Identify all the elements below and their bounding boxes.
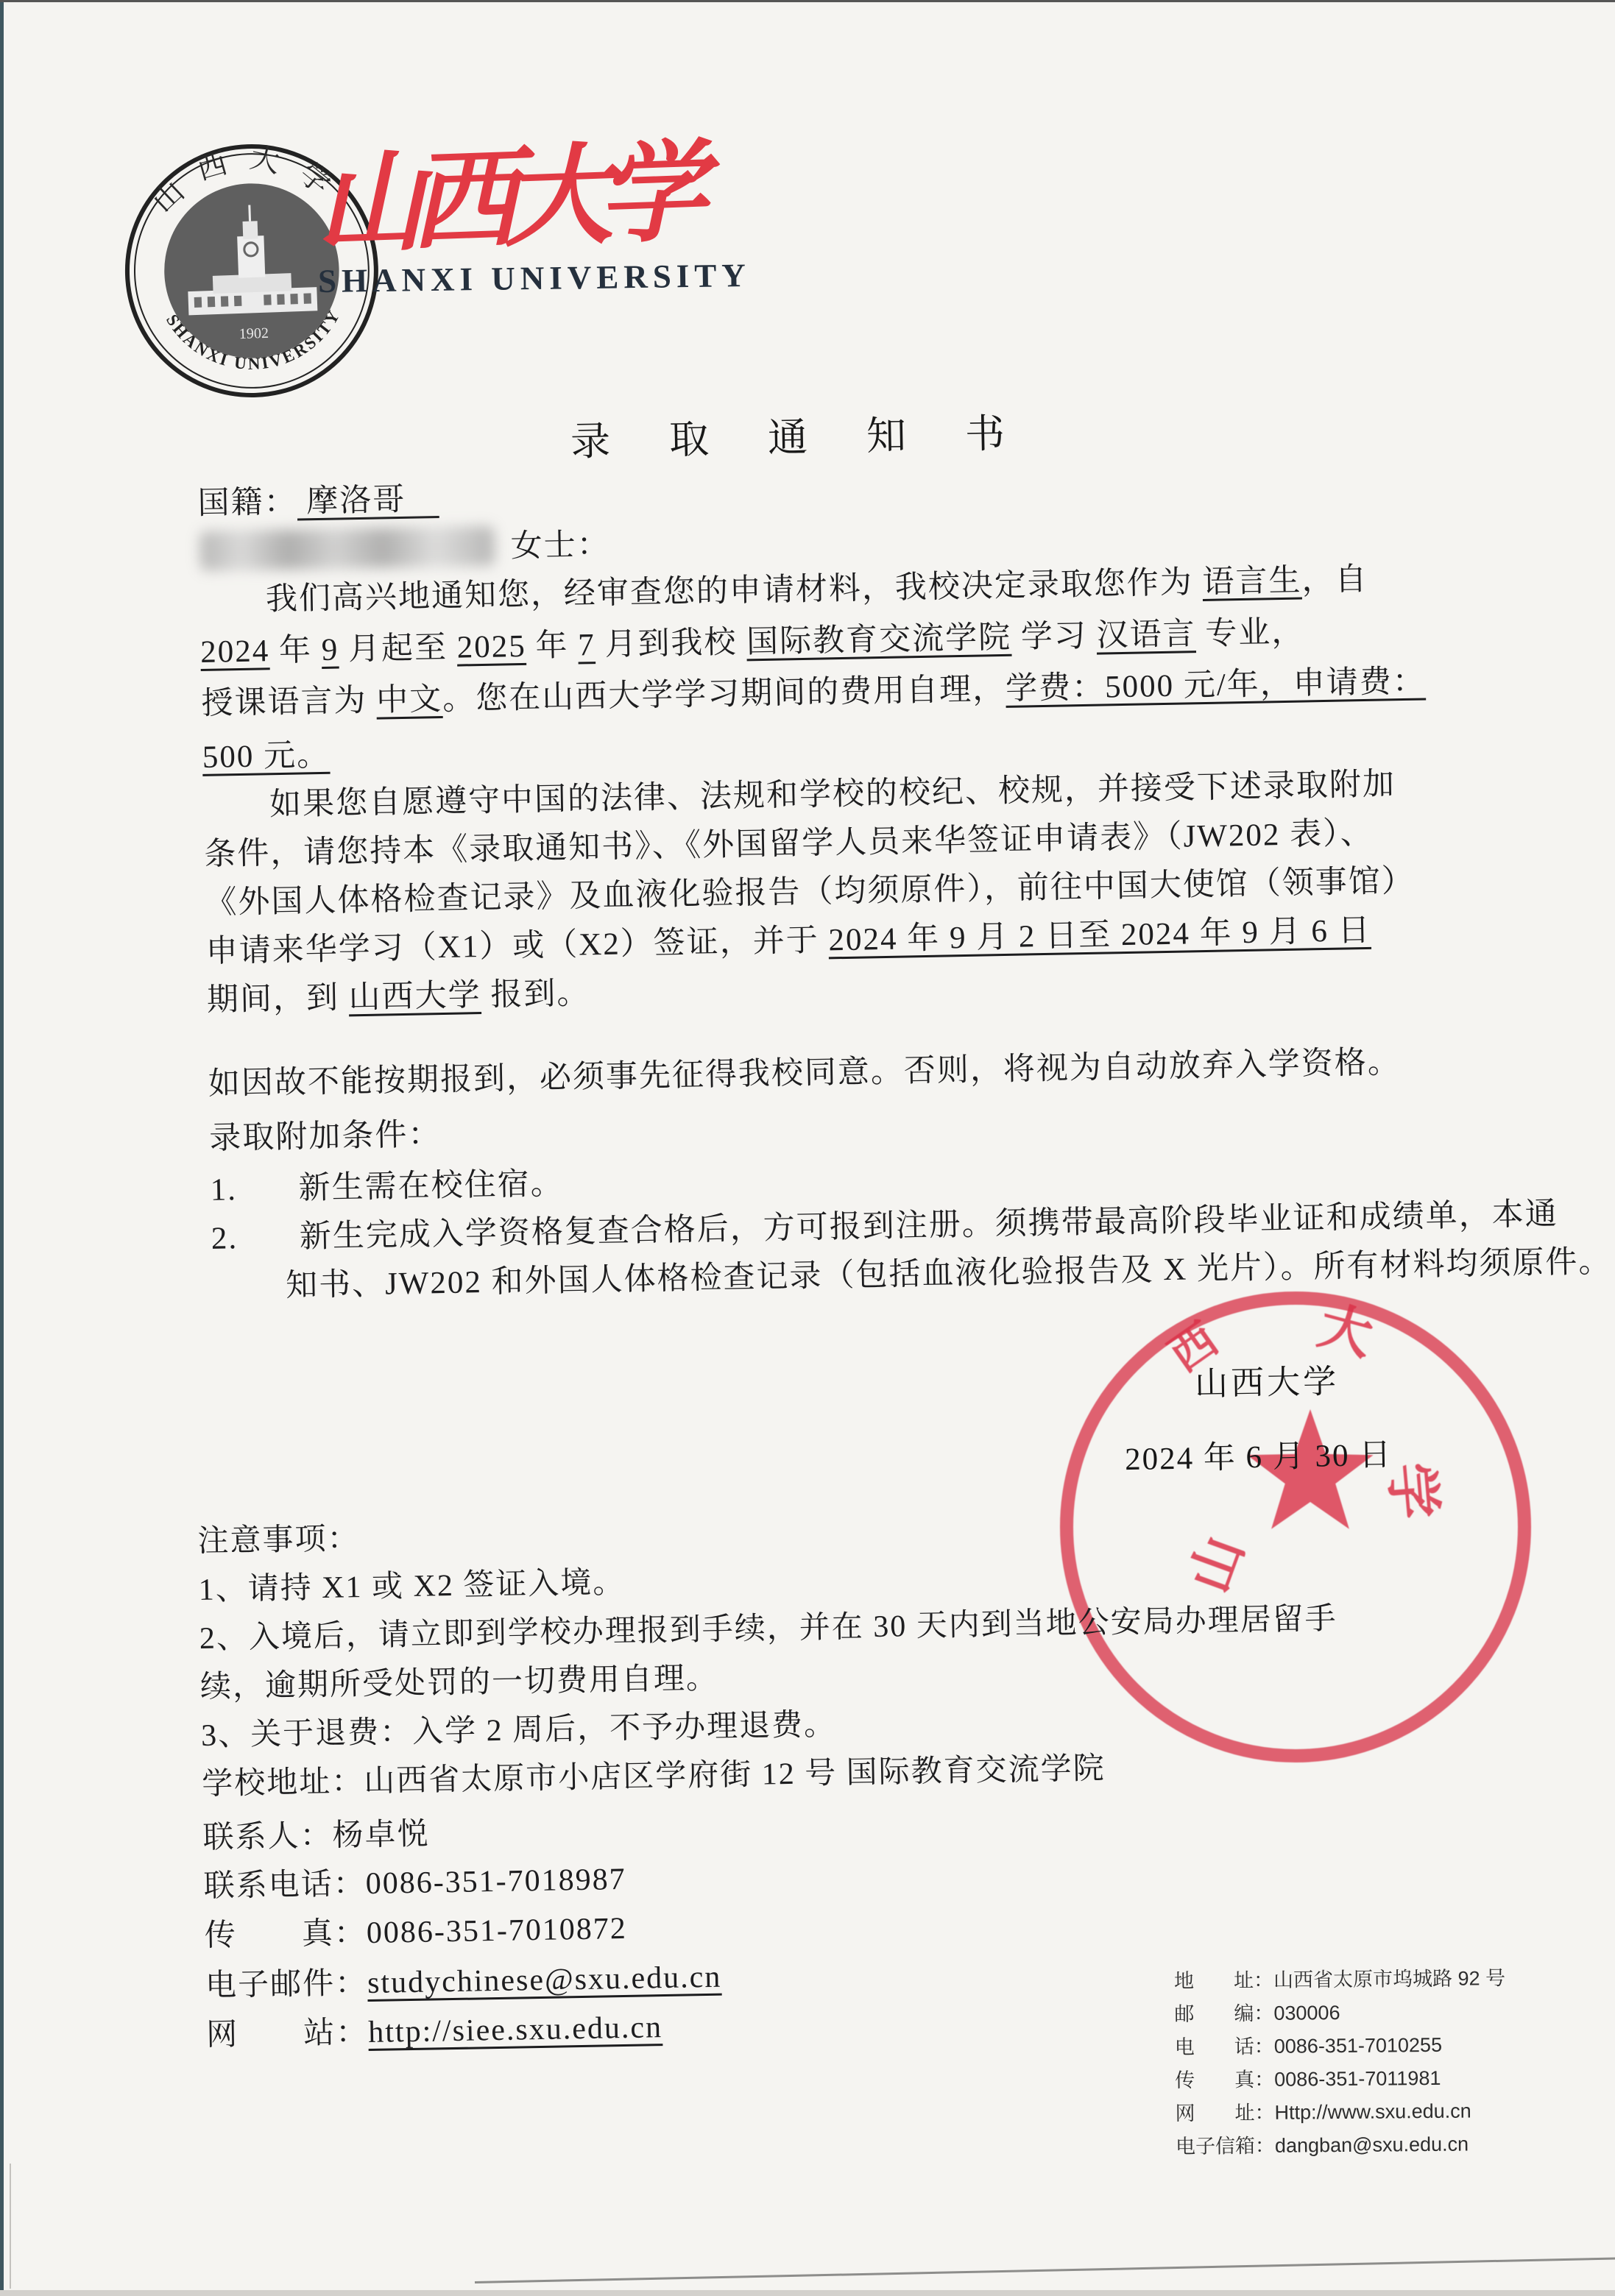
- scan-edge-bottom: [0, 2290, 1615, 2296]
- scan-edge-left: [0, 0, 4, 2296]
- letter-text: 国籍：: [197, 485, 297, 521]
- letter-text: 注意事项：: [197, 1522, 360, 1559]
- filled-in-value: 9: [321, 633, 339, 667]
- letter-text: 专业，: [1195, 614, 1305, 651]
- letter-text: 女士：: [510, 528, 610, 564]
- list-number: 1.: [210, 1165, 299, 1215]
- letter-text: 电子邮件：: [205, 1966, 368, 2003]
- filled-in-value: 山西大学: [348, 978, 481, 1015]
- filled-in-value: studychinese@sxu.edu.cn: [367, 1960, 722, 2000]
- footer-label: 电 话：: [1175, 2030, 1274, 2064]
- letter-text: 新生需在校住宿。: [298, 1166, 564, 1206]
- letter-text: 报到。: [481, 976, 590, 1013]
- paper-bottom-edge: [475, 2257, 1615, 2283]
- letter-text: 申请来华学习（X1）或（X2）签证，并于: [205, 923, 829, 968]
- paper-crease: [10, 2164, 11, 2289]
- letter-text: 网 站：: [206, 2016, 369, 2052]
- letter-text: 联系人：杨卓悦: [202, 1818, 430, 1855]
- footer-value: 0086-351-7010255: [1274, 2034, 1442, 2058]
- footer-label: 传 真：: [1175, 2063, 1274, 2097]
- letter-text: 如因故不能按期报到，必须事先征得我校同意。否则，将视为自动放弃入学资格。: [208, 1045, 1402, 1102]
- seal-year: 1902: [238, 325, 269, 342]
- filled-in-value: 语言生: [1202, 564, 1302, 600]
- list-number: 2.: [211, 1213, 300, 1264]
- footer-label: 网 址：: [1175, 2097, 1274, 2130]
- footer-row: 邮 编：030006: [1174, 1995, 1505, 2031]
- letter-body: 国籍： 摩洛哥 女士： 我们高兴地通知您，经审查您的申请材料，我校决定录取您作为…: [197, 457, 1463, 1312]
- letter-text: ，自: [1301, 562, 1368, 598]
- letter-text: 联系电话：0086-351-7018987: [203, 1863, 626, 1904]
- letter-text: 传 真：0086-351-7010872: [205, 1912, 628, 1953]
- letter-text: 学校地址：山西省太原市小店区学府街 12 号 国际教育交流学院: [202, 1752, 1106, 1801]
- footer-row: 网 址：Http://www.sxu.edu.cn: [1175, 2094, 1506, 2130]
- letter-text: 月到我校: [595, 625, 746, 662]
- admission-letter-page: 1902 山西大学 SHANXI UNIVERSITY 山西大学 SHANXI …: [0, 0, 1615, 2296]
- letter-text: 1、请持 X1 或 X2 签证入境。: [198, 1566, 625, 1607]
- filled-in-value: 2024: [200, 634, 270, 670]
- letter-text: 月起至: [339, 631, 457, 667]
- filled-in-value: 2024 年 9 月 2 日至 2024 年 9 月 6 日: [828, 913, 1371, 958]
- letter-text: 3、关于退费：入学 2 周后，不予办理退费。: [201, 1708, 837, 1753]
- footer-label: 电子信箱：: [1176, 2130, 1275, 2164]
- footer-value: 0086-351-7011981: [1274, 2067, 1441, 2091]
- letter-text: 期间，到: [207, 980, 350, 1018]
- letter-text: 年: [526, 628, 578, 664]
- footer-row: 传 真：0086-351-7011981: [1175, 2061, 1506, 2097]
- filled-in-value: 7: [578, 628, 596, 662]
- letter-text: 年: [269, 633, 322, 668]
- letterhead-footer: 地 址：山西省太原市坞城路 92 号邮 编：030006电 话：0086-351…: [1174, 1962, 1507, 2164]
- filled-in-value: 2025: [456, 629, 526, 665]
- filled-in-value: 学费：5000 元/年，申请费：: [1006, 664, 1426, 706]
- filled-in-value: 汉语言: [1096, 617, 1196, 653]
- footer-value: Http://www.sxu.edu.cn: [1274, 2100, 1471, 2123]
- letter-text: 。您在山西大学学习期间的费用自理，: [442, 672, 1006, 717]
- footer-row: 地 址：山西省太原市坞城路 92 号: [1174, 1962, 1505, 1998]
- footer-label: 地 址：: [1174, 1964, 1273, 1998]
- footer-row: 电子信箱：dangban@sxu.edu.cn: [1176, 2127, 1507, 2164]
- filled-in-value: 中文: [376, 682, 443, 718]
- footer-label: 邮 编：: [1174, 1997, 1273, 2031]
- footer-row: 电 话：0086-351-7010255: [1175, 2028, 1506, 2064]
- scan-edge-top: [0, 0, 1615, 2]
- letter-text: 学习: [1011, 619, 1097, 655]
- redacted-name: [199, 526, 495, 571]
- filled-in-value: http://siee.sxu.edu.cn: [368, 2010, 663, 2049]
- footer-value: dangban@sxu.edu.cn: [1275, 2133, 1469, 2156]
- filled-in-value: 摩洛哥: [297, 482, 439, 520]
- letter-text: 录取附加条件：: [209, 1117, 442, 1156]
- university-logotype-cn: 山西大学: [314, 139, 694, 261]
- footer-value: 030006: [1273, 2002, 1340, 2024]
- footer-value: 山西省太原市坞城路 92 号: [1273, 1967, 1505, 1991]
- signature-date: 2024 年 6 月 30 日: [1124, 1430, 1392, 1479]
- letter-text: 授课语言为: [201, 684, 377, 721]
- university-logotype-en: SHANXI UNIVERSITY: [318, 256, 752, 300]
- filled-in-value: 国际教育交流学院: [746, 620, 1012, 660]
- signature-org: 山西大学: [1194, 1354, 1339, 1404]
- letter-text: 续，逾期所受处罚的一切费用自理。: [200, 1662, 719, 1704]
- filled-in-value: 500 元。: [202, 738, 330, 775]
